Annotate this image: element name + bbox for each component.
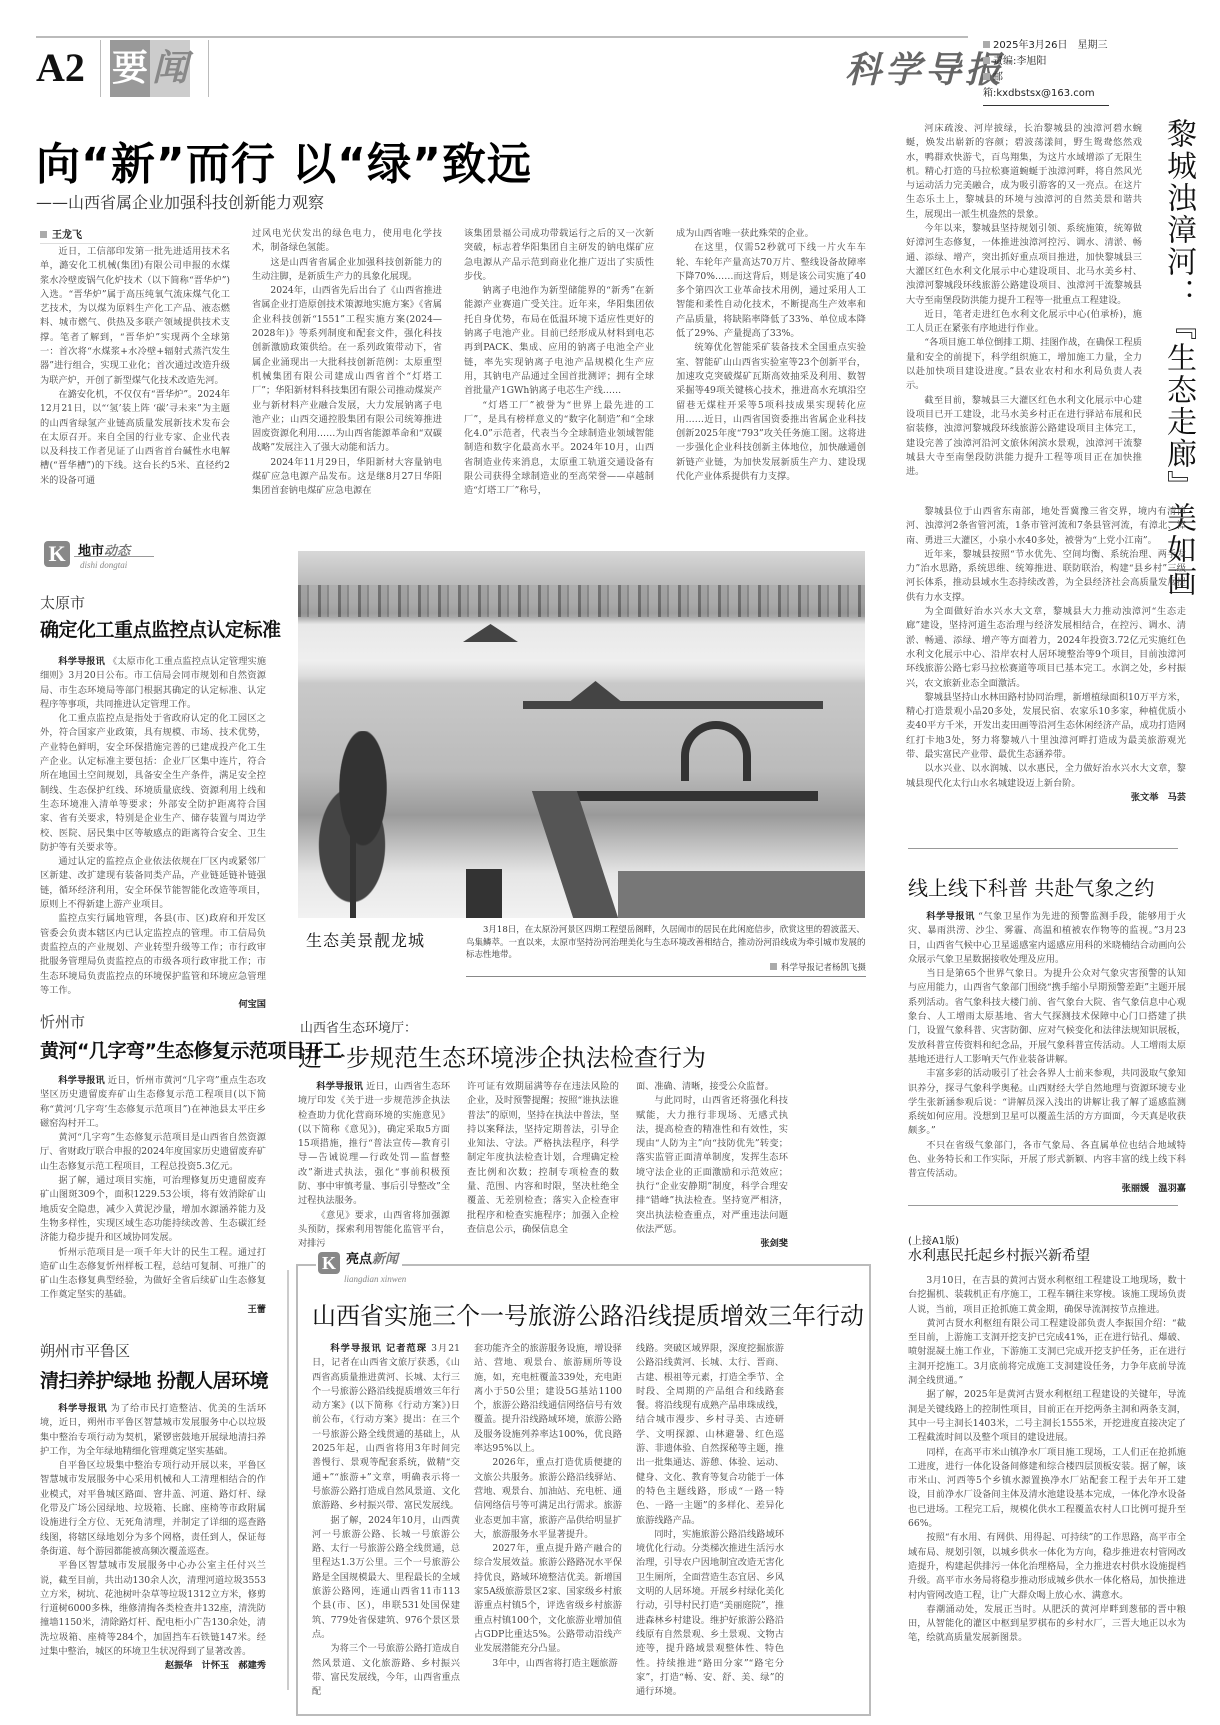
page-number: A2 [36, 44, 85, 91]
park-bridge-photo [298, 551, 865, 918]
feature-byline: 张文举 马芸 [906, 791, 1186, 805]
photo-title: 生态美景靓龙城 [306, 928, 425, 951]
weather-body: 科学导报讯 “气象卫星作为先进的预警监测手段，能够用于火灾、暴雨洪涝、沙尘、雾霾… [908, 910, 1186, 1196]
feature-body-top: 河床疏浚、河岸披绿，长治黎城县的浊漳河碧水蜿蜒，焕发出崭新的容颜；碧波荡漾间，野… [906, 122, 1142, 479]
eco-headline: 进一步规范生态环境涉企执法检查行为 [298, 1038, 706, 1073]
water-body: 3月10日，在吉县的黄河古贤水利枢纽工程建设工地现场，数十台挖掘机、装载机正有序… [908, 1274, 1186, 1646]
feature-body-bottom: 黎城县位于山西省东南部，地处晋冀豫三省交界，境内有清漳河、浊漳河2条省管河流，1… [906, 505, 1186, 805]
xinzhou-byline: 王蕾 [40, 1303, 266, 1317]
column-separator [287, 1270, 289, 1690]
photo-arch-bridge [681, 721, 751, 781]
eco-column-2: 许可证有效期届满等存在违法风险的企业，及时预警提醒；按照“谁执法谁普法”的原则，… [467, 1080, 619, 1237]
meta-date: 2025年3月26日 星期三 [983, 38, 1109, 54]
divider [74, 556, 154, 557]
lead-subhead: ——山西省属企业加强科技创新能力观察 [36, 190, 324, 213]
pinglu-body: 科学导报讯 为了给市民打造整洁、优美的生活环境，近日，朔州市平鲁区智慧城市发展服… [40, 1402, 266, 1674]
section-tag-wen: 闻 [150, 40, 190, 97]
pinglu-city-label: 朔州市平鲁区 [40, 1340, 130, 1361]
water-headline: 水利惠民托起乡村振兴新希望 [908, 1245, 1090, 1265]
photo-pine-tree [308, 731, 418, 918]
newspaper-masthead: 科学导报 [845, 42, 1005, 93]
lead-column-2: 过风电光伏发出的绿色电力，使用电化学技术，制备绿色氢能。 这是山西省省属企业加强… [252, 227, 442, 499]
xinzhou-headline: 黄河“几字弯”生态修复示范项目开工 [40, 1036, 341, 1063]
photo-tree-trunk [350, 781, 356, 918]
photo-walkway [532, 791, 619, 918]
weather-byline: 张丽媛 温羽嘉 [908, 1182, 1186, 1196]
lead-column-4: 成为山西省唯一获此殊荣的企业。 在这里，仅需52秒就可下线一片火车车轮、车轮年产… [676, 227, 866, 484]
divider [908, 1205, 1178, 1206]
photo-walkway [523, 701, 823, 709]
lead-author: 王龙飞 [40, 226, 230, 244]
k-logo-icon: K [44, 541, 70, 567]
header-divider [100, 40, 101, 97]
photo-caption: 3月18日，在太原汾河景区四期工程望岳阁畔，久居闹市的居民在此闲庭信步，欣赏这里… [466, 924, 866, 977]
photo-credit: 科学导报记者杨凯飞摄 [466, 962, 866, 975]
photo-deck [618, 871, 865, 918]
section-tag-yao: 要 [110, 40, 150, 97]
xinzhou-body: 科学导报讯 近日，忻州市黄河“几字弯”重点生态攻坚区历史遗留废弃矿山生态修复示范… [40, 1074, 266, 1317]
photo-walkway [558, 791, 818, 801]
meta-editor: 责编:李旭阳 [983, 54, 1109, 70]
local-news-pinyin: dishi dongtai [80, 560, 127, 570]
taiyuan-city-label: 太原市 [40, 592, 85, 613]
lead-column-3: 该集团景福公司成功带载运行之后的又一次新突破，标志着华阳集团自主研发的钠电煤矿应… [464, 227, 654, 499]
photo-trash-bin [466, 869, 502, 918]
photo-pavilion [568, 681, 623, 703]
eco-byline: 张剑斐 [636, 1237, 788, 1251]
bullet-square-icon [983, 57, 990, 64]
divider [908, 848, 1178, 849]
photo-treeline [298, 585, 865, 617]
highlight-section-title: 亮点新闻 [346, 1248, 402, 1267]
highlight-column-2: 套功能齐全的旅游服务设施，增设驿站、营地、观景台、旅游厕所等设施，如，充电桩覆盖… [474, 1342, 622, 1671]
bullet-square-icon [40, 231, 47, 238]
meta-email[interactable]: 邮箱:kxdbstsx@163.com [983, 70, 1109, 102]
xinzhou-city-label: 忻州市 [40, 1011, 85, 1032]
top-rule [36, 36, 968, 38]
eco-column-3: 面、准确、清晰，接受公众监督。 与此同时，山西省还将强化科技赋能，大力推行非现场… [636, 1080, 788, 1252]
taiyuan-body: 科学导报讯 《太原市化工重点监控点认定管理实施细则》3月20日公布。市工信局会同… [40, 655, 266, 1012]
eco-kicker: 山西省生态环境厅： [300, 1017, 417, 1036]
highlight-column-1: 科学导报讯 记者范琛 3月21日，记者在山西省文旅厅获悉，《山西省高质量推进黄河… [312, 1342, 460, 1699]
pinglu-headline: 清扫养护绿地 扮靓人居环境 [40, 1366, 268, 1393]
lead-column-1: 近日，工信部印发第一批先进适用技术名单，潞安化工机械(集团)有限公司申报的水煤浆… [40, 245, 230, 488]
lead-headline: 向“新”而行 以“绿”致远 [36, 128, 532, 192]
header-divider [208, 40, 209, 97]
taiyuan-headline: 确定化工重点监控点认定标准 [40, 615, 281, 642]
page-meta: 2025年3月26日 星期三 责编:李旭阳 邮箱:kxdbstsx@163.co… [983, 38, 1109, 106]
pinglu-byline: 赵振华 计怀玉 郝建秀 [40, 1659, 266, 1673]
weather-headline: 线上线下科普 共赴气象之约 [908, 872, 1154, 901]
highlight-headline: 山西省实施三个一号旅游公路沿线提质增效三年行动 [312, 1296, 864, 1331]
bullet-square-icon [983, 73, 990, 80]
highlight-column-3: 线路。突破区域界限，深度挖掘旅游公路沿线黄河、长城、太行、晋商、古建、根祖等元素… [636, 1342, 784, 1699]
highlight-pinyin: liangdian xinwen [344, 1274, 406, 1284]
eco-column-1: 科学导报讯 近日，山西省生态环境厅印发《关于进一步规范涉企执法检查助力优化营商环… [298, 1080, 450, 1252]
bullet-square-icon [983, 41, 990, 48]
photo-pavilion [463, 624, 518, 642]
bullet-square-icon [770, 963, 777, 970]
k-logo-icon: K [318, 1252, 340, 1274]
